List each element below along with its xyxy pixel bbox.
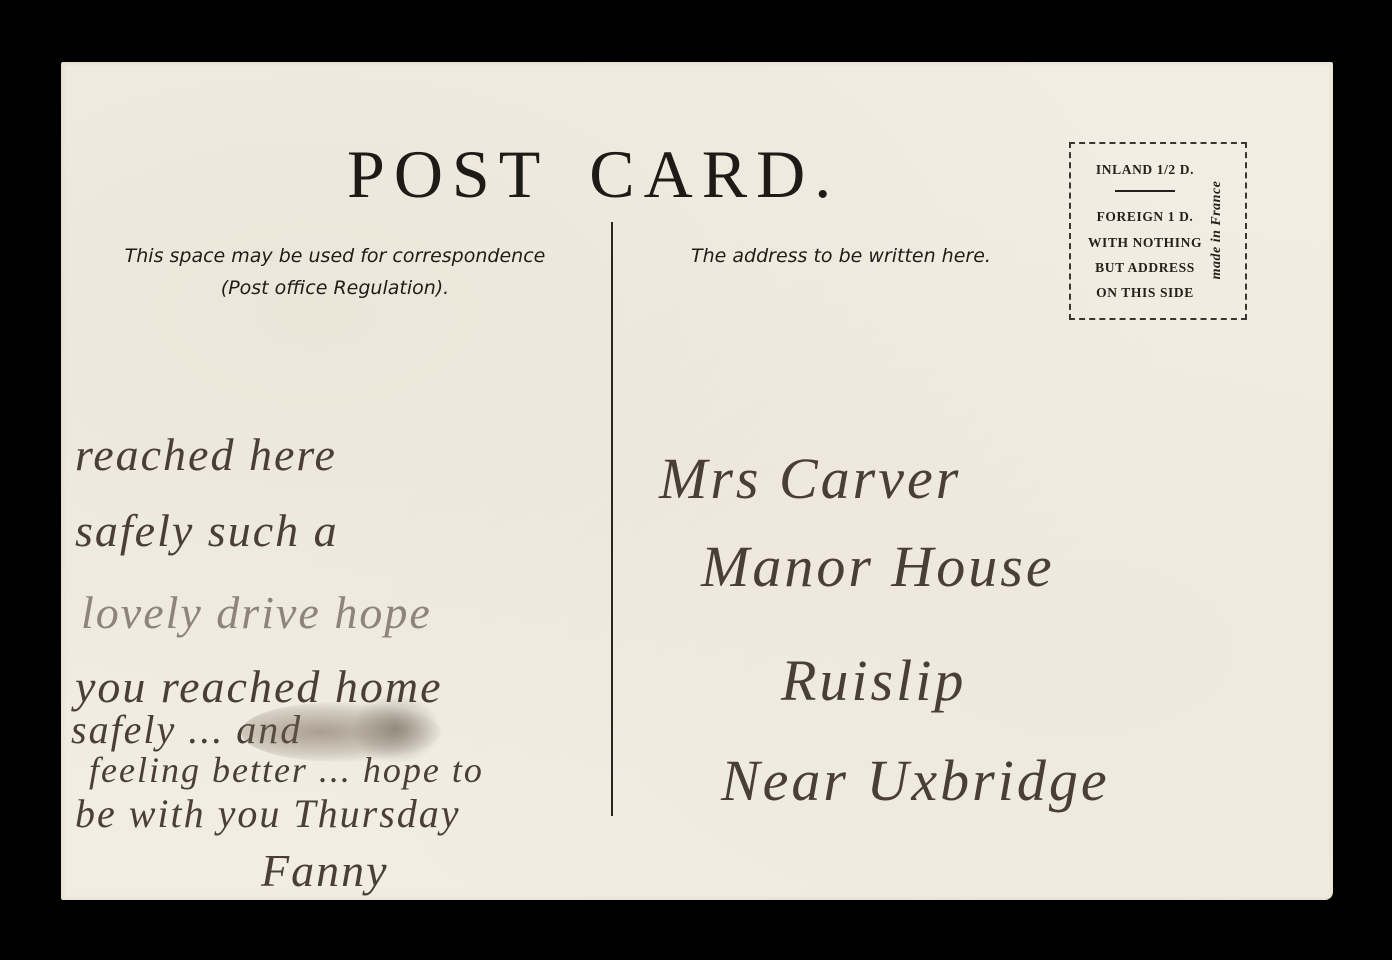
stamp-note-line2: BUT ADDRESS	[1071, 260, 1219, 276]
stamp-box: INLAND 1/2 D. FOREIGN 1 D. WITH NOTHING …	[1069, 142, 1247, 320]
message-line: safely ... and	[71, 710, 302, 750]
postcard: POSTCARD. This space may be used for cor…	[61, 62, 1333, 900]
message-signature: Fanny	[261, 848, 389, 894]
address-line: Manor House	[701, 538, 1055, 596]
correspondence-label: This space may be used for correspondenc…	[97, 240, 573, 304]
stamp-inland-rate: INLAND 1/2 D.	[1071, 162, 1219, 178]
stamp-note-line1: WITH NOTHING	[1071, 235, 1219, 251]
message-line: feeling better ... hope to	[89, 752, 484, 788]
stamp-note-line3: ON THIS SIDE	[1071, 285, 1219, 301]
correspondence-label-line1: This space may be used for correspondenc…	[97, 240, 573, 272]
center-divider	[611, 222, 613, 816]
address-line: Ruislip	[781, 652, 966, 710]
made-in-france: made in France	[1209, 181, 1225, 280]
address-line: Mrs Carver	[659, 450, 961, 508]
message-line: safely such a	[75, 508, 339, 554]
postcard-title: POSTCARD.	[347, 140, 867, 208]
message-line: lovely drive hope	[81, 590, 432, 636]
address-label: The address to be written here.	[691, 240, 991, 272]
stamp-foreign-rate: FOREIGN 1 D.	[1071, 209, 1219, 225]
message-line: you reached home	[75, 664, 443, 710]
stamp-rule	[1115, 190, 1175, 192]
address-line: Near Uxbridge	[721, 752, 1110, 810]
message-line: reached here	[75, 432, 337, 478]
message-line: be with you Thursday	[75, 794, 461, 834]
correspondence-label-line2: (Post office Regulation).	[97, 272, 573, 304]
